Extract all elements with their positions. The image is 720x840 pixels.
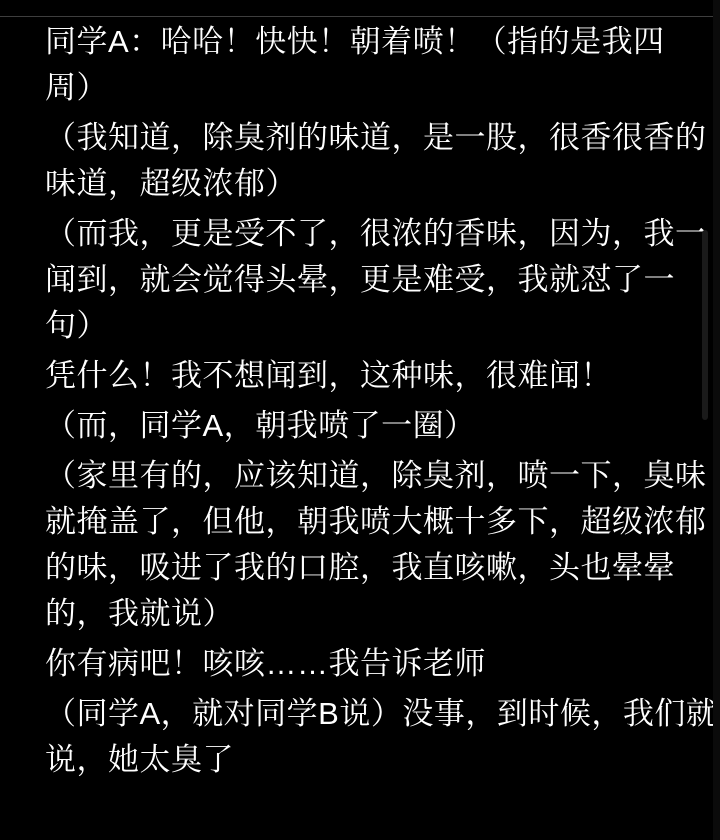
text-line: 就掩盖了，但他，朝我喷大概十多下，超级浓郁 (45, 499, 675, 545)
text-line: （我知道，除臭剂的味道，是一股，很香很香的 (45, 115, 675, 161)
top-divider (0, 16, 720, 17)
scrollbar-track (713, 0, 720, 840)
text-line: 闻到，就会觉得头晕，更是难受，我就怼了一 (45, 257, 675, 303)
paragraph: （我知道，除臭剂的味道，是一股，很香很香的 味道，超级浓郁） (45, 115, 675, 207)
paragraph: 你有病吧！咳咳……我告诉老师 (45, 641, 675, 687)
paragraph: （家里有的，应该知道，除臭剂，喷一下，臭味 就掩盖了，但他，朝我喷大概十多下，超… (45, 453, 675, 637)
text-line: 周） (45, 65, 675, 111)
scrollbar-thumb[interactable] (702, 230, 708, 420)
text-line: 同学A：哈哈！快快！朝着喷！（指的是我四 (45, 19, 675, 65)
text-line: （同学A，就对同学B说）没事，到时候，我们就 (45, 691, 675, 737)
text-line: 的味，吸进了我的口腔，我直咳嗽，头也晕晕 (45, 545, 675, 591)
text-line: 你有病吧！咳咳……我告诉老师 (45, 641, 675, 687)
text-line: 的，我就说） (45, 591, 675, 637)
paragraph: （而我，更是受不了，很浓的香味，因为，我一 闻到，就会觉得头晕，更是难受，我就怼… (45, 211, 675, 349)
paragraph: 凭什么！我不想闻到，这种味，很难闻！ (45, 353, 675, 399)
text-line: （而我，更是受不了，很浓的香味，因为，我一 (45, 211, 675, 257)
text-line: （而，同学A，朝我喷了一圈） (45, 403, 675, 449)
text-line: 句） (45, 303, 675, 349)
story-text: 同学A：哈哈！快快！朝着喷！（指的是我四 周） （我知道，除臭剂的味道，是一股，… (45, 19, 675, 787)
text-line: 味道，超级浓郁） (45, 161, 675, 207)
paragraph: （同学A，就对同学B说）没事，到时候，我们就 说，她太臭了 (45, 691, 675, 783)
text-line: 说，她太臭了 (45, 737, 675, 783)
text-line: 凭什么！我不想闻到，这种味，很难闻！ (45, 353, 675, 399)
paragraph: （而，同学A，朝我喷了一圈） (45, 403, 675, 449)
paragraph: 同学A：哈哈！快快！朝着喷！（指的是我四 周） (45, 19, 675, 111)
text-line: （家里有的，应该知道，除臭剂，喷一下，臭味 (45, 453, 675, 499)
